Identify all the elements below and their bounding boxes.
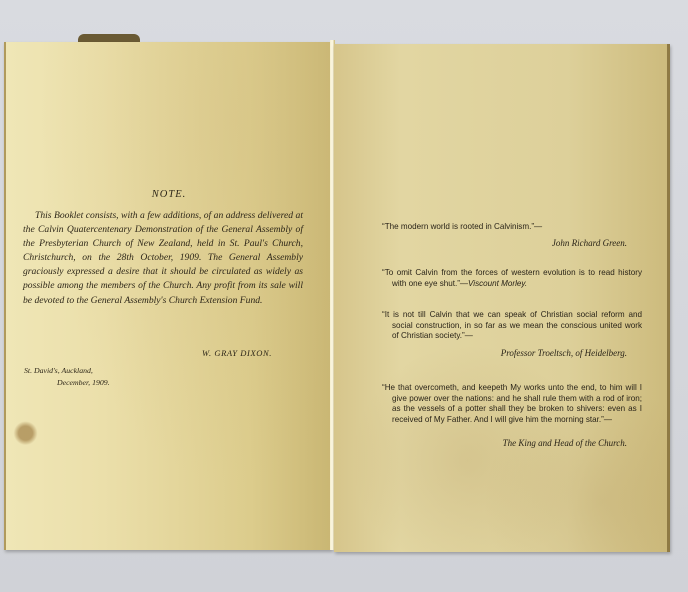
- attribution-morley: Viscount Morley.: [468, 279, 527, 288]
- quote-morley: “To omit Calvin from the forces of weste…: [382, 268, 642, 289]
- quote-troeltsch: “It is not till Calvin that we can speak…: [382, 310, 642, 342]
- attribution-green: John Richard Green.: [552, 238, 627, 248]
- right-page: “The modern world is rooted in Calvinism…: [334, 44, 670, 552]
- place-date: St. David's, Auckland, December, 1909.: [24, 365, 110, 389]
- signature: W. GRAY DIXON.: [202, 348, 272, 358]
- quote-revelation: “He that overcometh, and keepeth My work…: [382, 383, 642, 425]
- attribution-revelation: The King and Head of the Church.: [503, 438, 627, 448]
- left-page: NOTE. This Booklet consists, with a few …: [4, 42, 332, 550]
- note-body: This Booklet consists, with a few additi…: [23, 209, 303, 308]
- note-title: NOTE.: [6, 189, 332, 200]
- date: December, 1909.: [24, 377, 110, 389]
- place: St. David's, Auckland,: [24, 365, 110, 377]
- attribution-troeltsch: Professor Troeltsch, of Heidelberg.: [501, 348, 627, 358]
- quote-green: “The modern world is rooted in Calvinism…: [382, 222, 642, 233]
